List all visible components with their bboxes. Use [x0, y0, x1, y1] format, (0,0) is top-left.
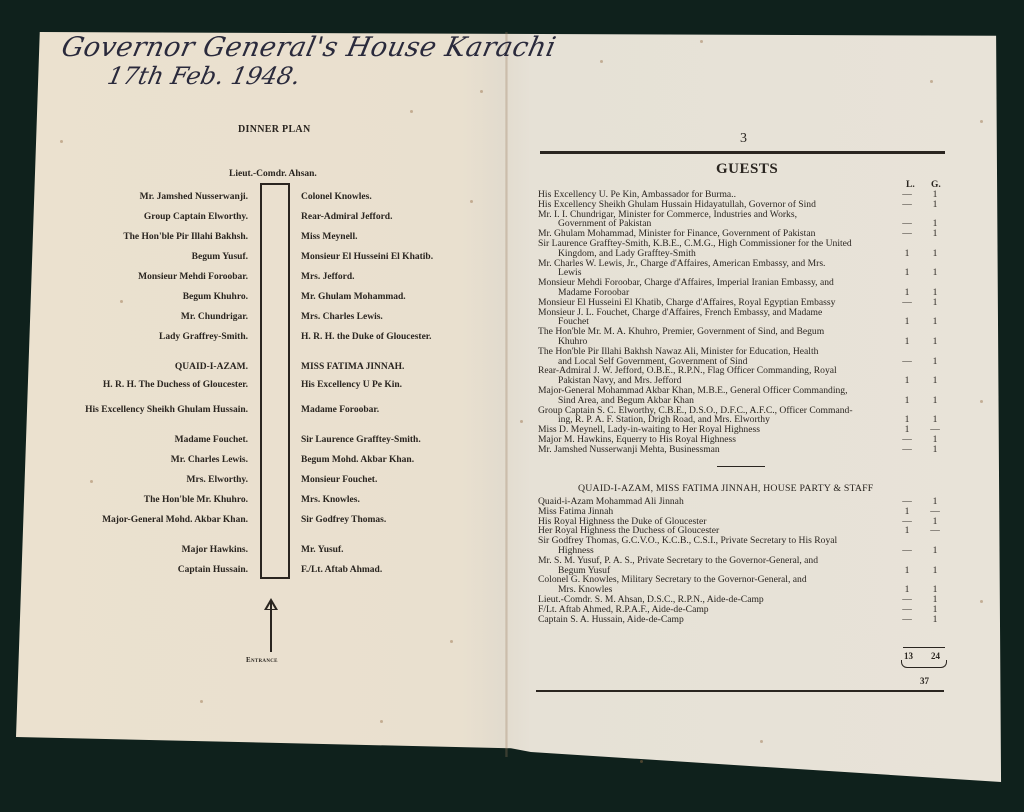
guest-entry: Rear-Admiral J. W. Jefford, O.B.E., R.P.… [538, 366, 948, 386]
gentlemen-count: 1 [928, 317, 942, 327]
foxing-spot [700, 40, 703, 43]
seat-left-1: Group Captain Elworthy. [68, 212, 248, 222]
seat-left-3: Begum Yusuf. [68, 252, 248, 262]
bottom-rule [536, 690, 944, 692]
section-divider [717, 466, 765, 467]
guest-name: The Hon'ble Mr. M. A. Khuhro, Premier, G… [538, 327, 888, 337]
head-of-table-seat: Lieut.-Comdr. Ahsan. [229, 169, 317, 179]
gentlemen-count: 1 [928, 546, 942, 556]
seat-left-13: Mrs. Elworthy. [68, 475, 248, 485]
page-fold [505, 32, 508, 757]
gentlemen-count: 1 [928, 566, 942, 576]
seat-left-10: His Excellency Sheikh Ghulam Hussain. [68, 405, 248, 415]
seat-left-11: Madame Fouchet. [68, 435, 248, 445]
guest-entry: Captain S. A. Hussain, Aide-de-Camp—1 [538, 615, 948, 625]
foxing-spot [450, 640, 453, 643]
handwritten-location: Governor General's House Karachi [59, 32, 559, 63]
foxing-spot [930, 80, 933, 83]
guest-entry: Major-General Mohammad Akbar Khan, M.B.E… [538, 386, 948, 406]
seat-right-5: Mr. Ghulam Mohammad. [301, 292, 491, 302]
seat-left-15: Major-General Mohd. Akbar Khan. [68, 515, 248, 525]
staff-list: Quaid-i-Azam Mohammad Ali Jinnah—1Miss F… [538, 497, 948, 624]
seat-right-12: Begum Mohd. Akbar Khan. [301, 455, 491, 465]
foxing-spot [600, 60, 603, 63]
seat-right-1: Rear-Admiral Jefford. [301, 212, 491, 222]
ladies-count: 1 [900, 337, 914, 347]
gentlemen-count: 1 [928, 249, 942, 259]
seat-left-6: Mr. Chundrigar. [68, 312, 248, 322]
foxing-spot [640, 760, 643, 763]
guest-entry: Sir Laurence Grafftey-Smith, K.B.E., C.M… [538, 239, 948, 259]
guest-entry: Monsieur J. L. Fouchet, Charge d'Affaire… [538, 308, 948, 328]
foxing-spot [200, 700, 203, 703]
seat-left-16: Major Hawkins. [68, 545, 248, 555]
seat-left-5: Begum Khuhro. [68, 292, 248, 302]
brace-icon [901, 660, 947, 668]
seat-left-7: Lady Graffrey-Smith. [68, 332, 248, 342]
gentlemen-count: 1 [928, 396, 942, 406]
handwritten-date: 17th Feb. 1948. [105, 62, 303, 90]
guest-entry: The Hon'ble Mr. M. A. Khuhro, Premier, G… [538, 327, 948, 347]
ladies-count: — [900, 357, 914, 367]
ladies-count: 1 [900, 317, 914, 327]
dinner-plan-title: DINNER PLAN [238, 124, 310, 135]
ladies-count: 1 [900, 396, 914, 406]
seat-left-17: Captain Hussain. [68, 565, 248, 575]
ladies-count: — [900, 298, 914, 308]
gentlemen-count: 1 [928, 268, 942, 278]
top-rule [540, 151, 945, 154]
seat-right-13: Monsieur Fouchet. [301, 475, 491, 485]
seat-right-16: Mr. Yusuf. [301, 545, 491, 555]
ladies-count: — [900, 445, 914, 455]
ladies-count: 1 [900, 249, 914, 259]
seat-right-10: Madame Foroobar. [301, 405, 491, 415]
gentlemen-count: 1 [928, 357, 942, 367]
gentlemen-count: 1 [928, 445, 942, 455]
guest-entry: Group Captain S. C. Elworthy, C.B.E., D.… [538, 406, 948, 426]
seat-right-15: Sir Godfrey Thomas. [301, 515, 491, 525]
gentlemen-count: 1 [928, 200, 942, 210]
foxing-spot [60, 140, 63, 143]
gentlemen-count: — [928, 526, 942, 536]
seat-left-14: The Hon'ble Mr. Khuhro. [68, 495, 248, 505]
ladies-count: 1 [900, 566, 914, 576]
seat-right-0: Colonel Knowles. [301, 192, 491, 202]
seat-right-9: His Excellency U Pe Kin. [301, 380, 491, 390]
guest-entry: Mr. S. M. Yusuf, P. A. S., Private Secre… [538, 556, 948, 576]
gentlemen-count: 1 [928, 376, 942, 386]
page-number: 3 [740, 131, 747, 147]
foxing-spot [480, 90, 483, 93]
ladies-count: — [900, 615, 914, 625]
foxing-spot [380, 720, 383, 723]
seat-right-4: Mrs. Jefford. [301, 272, 491, 282]
seat-right-17: F./Lt. Aftab Ahmad. [301, 565, 491, 575]
seat-left-0: Mr. Jamshed Nusserwanji. [68, 192, 248, 202]
guest-entry: Sir Godfrey Thomas, G.C.V.O., K.C.B., C.… [538, 536, 948, 556]
guest-name: Monsieur J. L. Fouchet, Charge d'Affaire… [538, 308, 888, 318]
entrance-arrow [270, 600, 272, 652]
seat-right-6: Mrs. Charles Lewis. [301, 312, 491, 322]
foxing-spot [980, 600, 983, 603]
guest-list: His Excellency U. Pe Kin, Ambassador for… [538, 190, 948, 455]
foxing-spot [520, 420, 523, 423]
dining-table-diagram [260, 183, 290, 579]
gentlemen-count: 1 [928, 337, 942, 347]
guest-entry: Mr. I. I. Chundrigar, Minister for Comme… [538, 210, 948, 230]
seat-right-3: Monsieur El Husseini El Khatib. [301, 252, 491, 262]
seat-left-9: H. R. H. The Duchess of Gloucester. [68, 380, 248, 390]
gentlemen-count: 1 [928, 298, 942, 308]
ladies-count: 1 [900, 526, 914, 536]
seat-left-4: Monsieur Mehdi Foroobar. [68, 272, 248, 282]
guest-entry: Colonel G. Knowles, Military Secretary t… [538, 575, 948, 595]
ladies-count: — [900, 546, 914, 556]
entrance-label: Entrance [246, 656, 278, 664]
guest-entry: Mr. Charles W. Lewis, Jr., Charge d'Affa… [538, 259, 948, 279]
seat-left-8: QUAID-I-AZAM. [68, 362, 248, 372]
guest-name: Mr. Charles W. Lewis, Jr., Charge d'Affa… [538, 259, 888, 269]
ladies-count: 1 [900, 376, 914, 386]
ladies-count: 1 [900, 268, 914, 278]
ladies-count: — [900, 229, 914, 239]
guest-entry: The Hon'ble Pir Illahi Bakhsh Nawaz Ali,… [538, 347, 948, 367]
guest-entry: Monsieur Mehdi Foroobar, Charge d'Affair… [538, 278, 948, 298]
seat-left-12: Mr. Charles Lewis. [68, 455, 248, 465]
guests-heading: GUESTS [716, 161, 778, 178]
guest-name: Mr. Jamshed Nusserwanji Mehta, Businessm… [538, 445, 888, 455]
seat-right-2: Miss Meynell. [301, 232, 491, 242]
guest-name: Captain S. A. Hussain, Aide-de-Camp [538, 615, 888, 625]
guest-entry: Mr. Jamshed Nusserwanji Mehta, Businessm… [538, 445, 948, 455]
seat-right-11: Sir Laurence Grafftey-Smith. [301, 435, 491, 445]
foxing-spot [980, 120, 983, 123]
seat-right-7: H. R. H. the Duke of Gloucester. [301, 332, 491, 342]
seat-right-14: Mrs. Knowles. [301, 495, 491, 505]
foxing-spot [760, 740, 763, 743]
seat-right-8: MISS FATIMA JINNAH. [301, 362, 491, 372]
total-sum: 37 [920, 676, 929, 686]
gentlemen-count: 1 [928, 229, 942, 239]
staff-heading: QUAID-I-AZAM, MISS FATIMA JINNAH, HOUSE … [578, 483, 873, 494]
totals-rule [903, 647, 945, 648]
gentlemen-count: 1 [928, 615, 942, 625]
foxing-spot [980, 400, 983, 403]
ladies-count: — [900, 200, 914, 210]
seat-left-2: The Hon'ble Pir Illahi Bakhsh. [68, 232, 248, 242]
foxing-spot [410, 110, 413, 113]
